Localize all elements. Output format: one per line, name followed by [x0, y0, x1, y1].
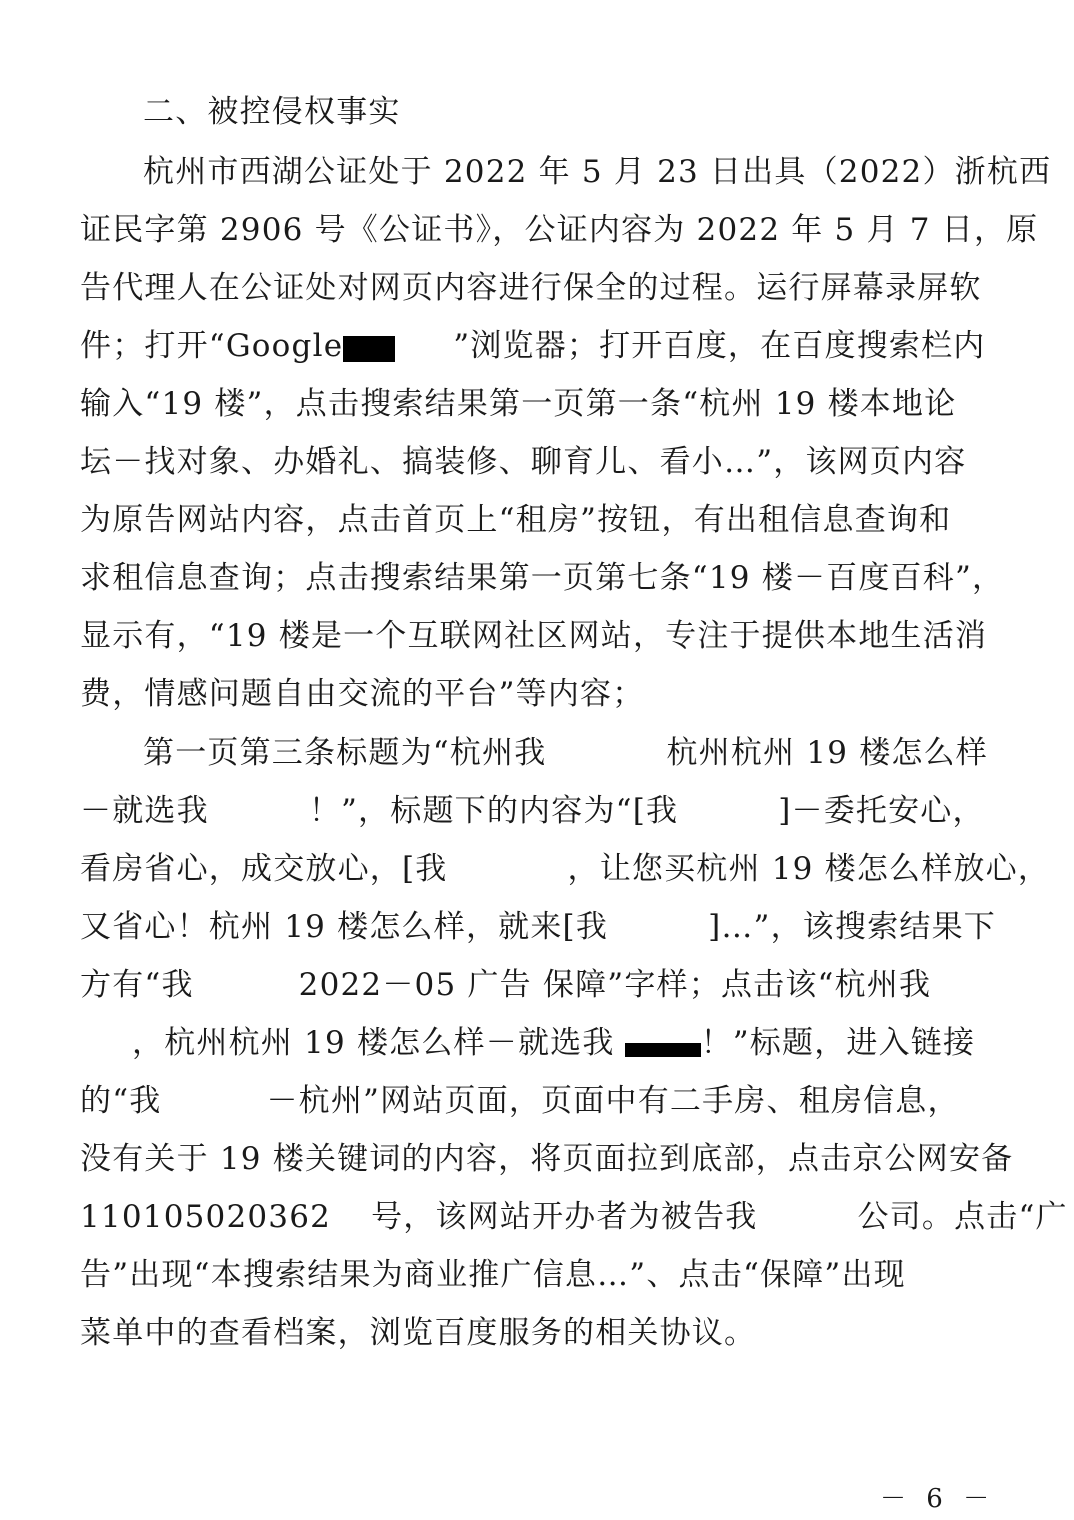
paragraph-2-line-11: 菜单中的查看档案，浏览百度服务的相关协议。: [80, 1313, 1000, 1353]
text-segment: ，杭州杭州 19 楼怎么样－就选我: [132, 1025, 615, 1061]
text-segment: －杭州”网站页面，页面中有二手房、租房信息，: [266, 1083, 959, 1119]
paragraph-1-line-2: 证民字第 2906 号《公证书》，公证内容为 2022 年 5 月 7 日，原: [80, 210, 1000, 250]
paragraph-1-line-9: 显示有，“19 楼是一个互联网社区网站，专注于提供本地生活消: [80, 616, 1000, 656]
redaction-box: [343, 336, 395, 362]
redaction-box: [625, 1043, 701, 1057]
redaction-gap: [448, 859, 568, 885]
text-segment: 第一页第三条标题为“杭州我: [143, 735, 546, 771]
paragraph-2-line-1: 第一页第三条标题为“杭州我杭州杭州 19 楼怎么样: [143, 733, 1000, 773]
paragraph-2-line-5: 方有“我2022－05 广告 保障”字样；点击该“杭州我: [80, 965, 1000, 1005]
paragraph-1-line-3: 告代理人在公证处对网页内容进行保全的过程。运行屏幕录屏软: [80, 268, 1000, 308]
text-segment: 又省心！杭州 19 楼怎么样，就来[我: [80, 909, 608, 945]
redaction-gap: [331, 1207, 371, 1233]
paragraph-1-line-4: 件；打开“Google”浏览器；打开百度，在百度搜索栏内: [80, 326, 1000, 366]
text-segment: ，让您买杭州 19 楼怎么样放心，: [568, 851, 1051, 887]
paragraph-2-line-2: －就选我！”，标题下的内容为“[我]－委托安心，: [80, 791, 1000, 831]
text-segment: ]－委托安心，: [778, 793, 985, 829]
paragraph-1-line-8: 求租信息查询；点击搜索结果第一页第七条“19 楼－百度百科”，: [80, 558, 1000, 598]
redaction-gap: [678, 801, 778, 827]
text-segment: 杭州杭州 19 楼怎么样: [666, 735, 988, 771]
text-segment: ！”，标题下的内容为“[我: [309, 793, 678, 829]
text-segment: 件；打开“Google: [80, 328, 343, 364]
redaction-gap: [546, 743, 666, 769]
paragraph-1-line-6: 坛－找对象、办婚礼、搞装修、聊育儿、看小…”，该网页内容: [80, 442, 1000, 482]
paragraph-1-line-1: 杭州市西湖公证处于 2022 年 5 月 23 日出具（2022）浙杭西: [143, 152, 1000, 192]
text-segment: 号，该网站开办者为被告我: [371, 1199, 757, 1235]
paragraph-1-line-10: 费，情感问题自由交流的平台”等内容；: [80, 674, 1000, 714]
paragraph-2-line-3: 看房省心，成交放心，[我，让您买杭州 19 楼怎么样放心，: [80, 849, 1000, 889]
text-segment: 看房省心，成交放心，[我: [80, 851, 448, 887]
redaction-gap: [161, 1091, 266, 1117]
text-segment: ！”标题，进入链接: [701, 1025, 976, 1061]
redaction-gap: [80, 1033, 132, 1059]
text-segment: ]…”，该搜索结果下: [708, 909, 996, 945]
text-segment: 公司。点击“广: [857, 1199, 1067, 1235]
page-number: － 6 －: [880, 1478, 995, 1515]
text-segment: 110105020362: [80, 1199, 331, 1235]
redaction-gap: [209, 801, 309, 827]
text-segment: 方有“我: [80, 967, 194, 1003]
text-segment: －就选我: [80, 793, 209, 829]
redaction-gap: [608, 917, 708, 943]
paragraph-2-line-9: 110105020362号，该网站开办者为被告我公司。点击“广: [80, 1197, 1000, 1237]
text-segment: ”浏览器；打开百度，在百度搜索栏内: [453, 328, 985, 364]
redaction-gap: [757, 1207, 857, 1233]
redaction-box-white: [395, 336, 453, 362]
redaction-gap: [194, 975, 299, 1001]
section-heading: 二、被控侵权事实: [143, 92, 1000, 132]
paragraph-2-line-7: 的“我－杭州”网站页面，页面中有二手房、租房信息，: [80, 1081, 1000, 1121]
paragraph-2-line-4: 又省心！杭州 19 楼怎么样，就来[我]…”，该搜索结果下: [80, 907, 1000, 947]
paragraph-1-line-7: 为原告网站内容，点击首页上“租房”按钮，有出租信息查询和: [80, 500, 1000, 540]
text-segment: 2022－05 广告 保障”字样；点击该“杭州我: [299, 967, 932, 1003]
paragraph-2-line-10: 告”出现“本搜索结果为商业推广信息…”、点击“保障”出现: [80, 1255, 1000, 1295]
paragraph-2-line-6: ，杭州杭州 19 楼怎么样－就选我！”标题，进入链接: [80, 1023, 1000, 1063]
text-segment: 的“我: [80, 1083, 161, 1119]
paragraph-2-line-8: 没有关于 19 楼关键词的内容，将页面拉到底部，点击京公网安备: [80, 1139, 1000, 1179]
paragraph-1-line-5: 输入“19 楼”，点击搜索结果第一页第一条“杭州 19 楼本地论: [80, 384, 1000, 424]
